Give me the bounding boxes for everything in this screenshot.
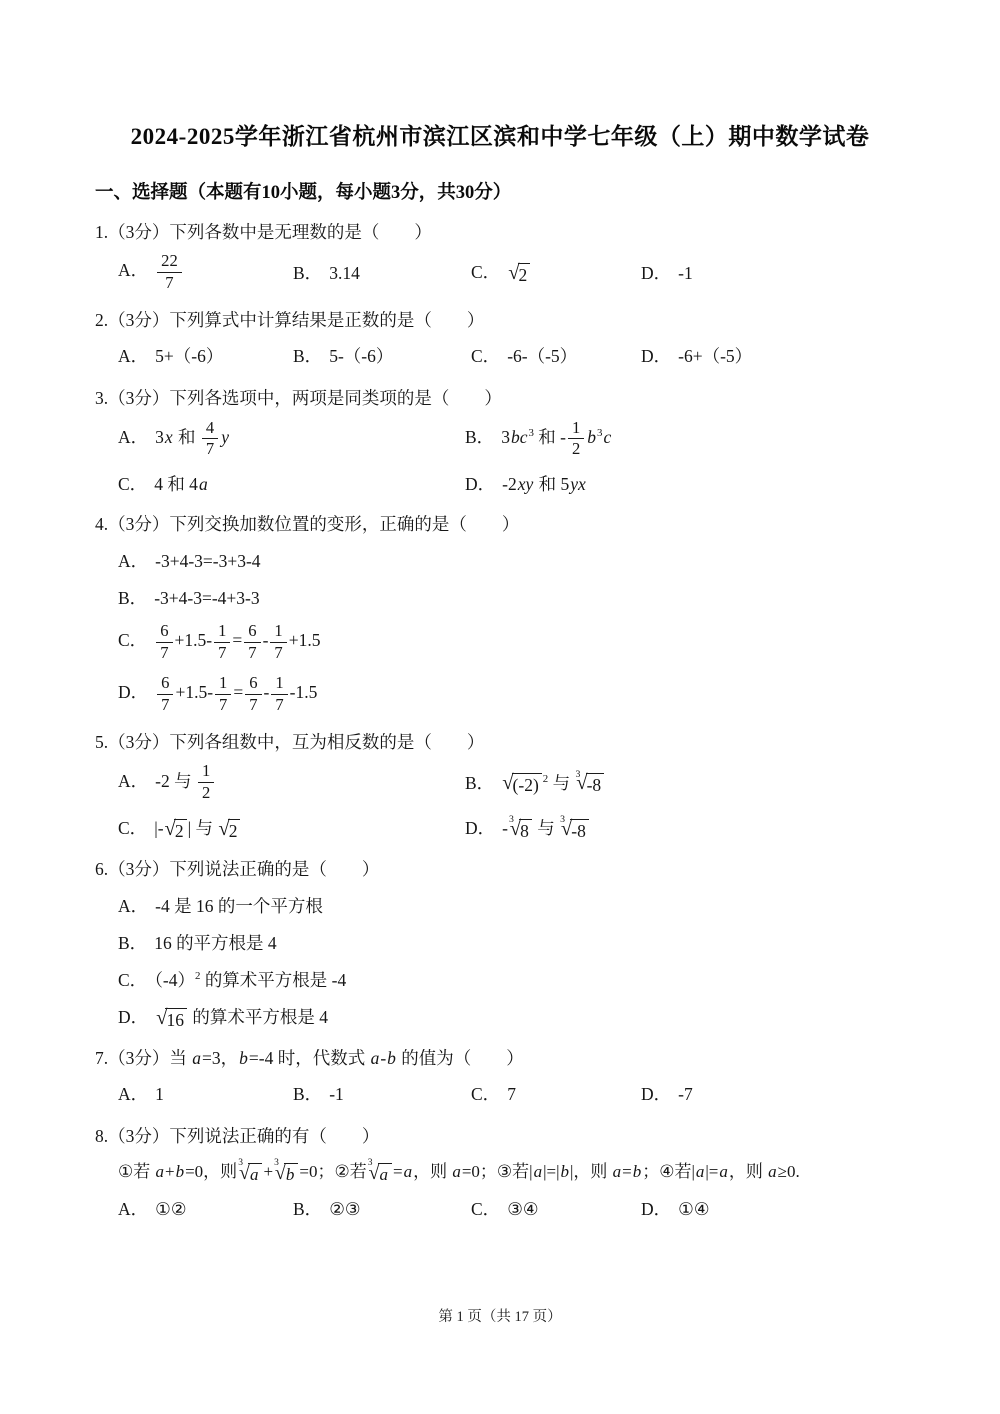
option-b: B．-1 [293, 1081, 471, 1106]
question-4: 4.（3分）下列交换加数位置的变形，正确的是（ ） A．-3+4-3=-3+3-… [95, 512, 905, 715]
option-label: B． [293, 1199, 322, 1219]
option-d: D．-3√8 与 3√-8 [465, 815, 905, 841]
square-root: √16 [156, 1008, 187, 1030]
option-content: -3+4-3=-3+3-4 [155, 551, 260, 571]
option-content: -7 [678, 1084, 693, 1104]
option-a: A．3x 和 47y [118, 419, 465, 459]
option-content: √2 [507, 262, 531, 282]
option-content: -3+4-3=-4+3-3 [154, 588, 259, 608]
option-content: 3bc3 和 -12b3c [501, 427, 612, 447]
option-d: D．-2xy 和 5yx [465, 471, 905, 496]
option-label: D． [641, 1199, 671, 1219]
option-label: D． [465, 818, 495, 838]
options-row: A．227B．3.14C．√2D．-1 [95, 252, 905, 292]
question-3: 3.（3分）下列各选项中，两项是同类项的是（ ） A．3x 和 47yB．3bc… [95, 386, 905, 495]
page-title: 2024-2025学年浙江省杭州市滨江区滨和中学七年级（上）期中数学试卷 [95, 122, 905, 152]
option-content: 3.14 [329, 263, 360, 283]
question-stem: 7.（3分）当 a=3，b=-4 时，代数式 a-b 的值为（ ） [95, 1046, 905, 1070]
option-label: D． [641, 263, 671, 283]
option-label: B． [465, 427, 494, 447]
option-label: C． [471, 1084, 500, 1104]
option-label: A． [118, 1084, 148, 1104]
option-b: B．-3+4-3=-4+3-3 [95, 585, 905, 610]
square-root: √2 [508, 263, 530, 285]
option-content: √(-2)2 与 3√-8 [501, 773, 605, 793]
option-content: 4 和 4a [154, 474, 209, 494]
option-content: ③④ [507, 1199, 538, 1219]
cube-root: 3√a [368, 1163, 392, 1185]
option-c: C．-6-（-5） [471, 343, 641, 368]
option-label: D． [641, 1084, 671, 1104]
option-b: B．5-（-6） [293, 343, 471, 368]
option-label: C． [471, 1199, 500, 1219]
option-b: B．②③ [293, 1196, 471, 1221]
option-label: C． [471, 262, 500, 282]
option-label: A． [118, 427, 148, 447]
option-d: D．67+1.5-17=67-17-1.5 [95, 674, 905, 714]
cube-root: 3√b [274, 1163, 298, 1185]
option-label: B． [118, 588, 147, 608]
option-content: -1 [678, 263, 693, 283]
cube-root: 3√-8 [560, 819, 589, 841]
question-6: 6.（3分）下列说法正确的是（ ） A．-4 是 16 的一个平方根B．16 的… [95, 857, 905, 1030]
option-content: -1 [329, 1084, 344, 1104]
option-label: A． [118, 260, 148, 280]
options-row: A．5+（-6）B．5-（-6）C．-6-（-5）D．-6+（-5） [95, 340, 905, 370]
option-content: -2xy 和 5yx [502, 474, 587, 494]
question-statement: ①若 a+b=0，则3√a+3√b=0；②若3√a=a，则 a=0；③若|a|=… [95, 1158, 905, 1185]
question-2: 2.（3分）下列算式中计算结果是正数的是（ ） A．5+（-6）B．5-（-6）… [95, 308, 905, 370]
option-label: C． [118, 630, 147, 650]
option-label: D． [118, 1007, 148, 1027]
question-stem: 3.（3分）下列各选项中，两项是同类项的是（ ） [95, 386, 905, 410]
question-stem: 5.（3分）下列各组数中，互为相反数的是（ ） [95, 730, 905, 754]
option-label: C． [118, 474, 147, 494]
option-b: B．16 的平方根是 4 [95, 930, 905, 955]
question-1: 1.（3分）下列各数中是无理数的是（ ） A．227B．3.14C．√2D．-1 [95, 220, 905, 292]
option-content: 67+1.5-17=67-17-1.5 [155, 682, 317, 702]
cube-root: 3√a [238, 1163, 262, 1185]
option-label: D． [118, 682, 148, 702]
options-list: A．-4 是 16 的一个平方根B．16 的平方根是 4C．（-4）2 的算术平… [95, 893, 905, 1030]
option-a: A．①② [118, 1196, 293, 1221]
option-content: -2 与 12 [155, 771, 216, 791]
option-content: （-4）2 的算术平方根是 -4 [154, 970, 346, 990]
option-content: 5+（-6） [155, 346, 223, 366]
options-grid: A．3x 和 47yB．3bc3 和 -12b3cC．4 和 4aD．-2xy … [95, 419, 905, 496]
option-d: D．-6+（-5） [641, 343, 905, 368]
option-b: B．3bc3 和 -12b3c [465, 419, 905, 459]
option-content: -3√8 与 3√-8 [502, 818, 590, 838]
option-c: C．7 [471, 1081, 641, 1106]
option-c: C．③④ [471, 1196, 641, 1221]
option-label: B． [293, 1084, 322, 1104]
option-label: A． [118, 551, 148, 571]
option-content: 1 [155, 1084, 164, 1104]
option-content: |-√2| 与 √2 [154, 818, 241, 838]
option-label: B． [465, 773, 494, 793]
option-d: D．①④ [641, 1196, 905, 1221]
option-content: ①④ [678, 1199, 709, 1219]
option-a: A．-4 是 16 的一个平方根 [95, 893, 905, 918]
option-d: D．-7 [641, 1081, 905, 1106]
exam-page: 2024-2025学年浙江省杭州市滨江区滨和中学七年级（上）期中数学试卷 一、选… [0, 0, 1000, 1223]
options-row: A．①②B．②③C．③④D．①④ [95, 1193, 905, 1223]
option-a: A．1 [118, 1081, 293, 1106]
option-content: -4 是 16 的一个平方根 [155, 896, 323, 916]
option-d: D．√16 的算术平方根是 4 [95, 1004, 905, 1030]
option-b: B．3.14 [293, 260, 471, 285]
cube-root: 3√-8 [575, 773, 604, 795]
question-stem: 6.（3分）下列说法正确的是（ ） [95, 857, 905, 881]
option-c: C．|-√2| 与 √2 [118, 815, 465, 841]
option-label: B． [293, 346, 322, 366]
option-content: 3x 和 47y [155, 427, 230, 447]
option-d: D．-1 [641, 260, 905, 285]
square-root: √(-2) [502, 773, 542, 795]
option-b: B．√(-2)2 与 3√-8 [465, 770, 905, 796]
option-content: 5-（-6） [329, 346, 393, 366]
option-content: 67+1.5-17=67-17+1.5 [154, 630, 320, 650]
option-c: C．√2 [471, 259, 641, 285]
option-a: A．-2 与 12 [118, 762, 465, 802]
option-label: A． [118, 346, 148, 366]
square-root: √2 [165, 819, 187, 841]
option-c: C．4 和 4a [118, 471, 465, 496]
option-label: D． [641, 346, 671, 366]
option-content: 7 [507, 1084, 516, 1104]
option-c: C．（-4）2 的算术平方根是 -4 [95, 967, 905, 992]
option-content: -6-（-5） [507, 346, 577, 366]
page-footer: 第 1 页（共 17 页） [0, 1305, 1000, 1326]
question-8: 8.（3分）下列说法正确的有（ ） ①若 a+b=0，则3√a+3√b=0；②若… [95, 1124, 905, 1223]
question-stem: 1.（3分）下列各数中是无理数的是（ ） [95, 220, 905, 244]
option-label: B． [293, 263, 322, 283]
option-a: A．227 [118, 252, 293, 292]
option-label: D． [465, 474, 495, 494]
option-a: A．5+（-6） [118, 343, 293, 368]
option-label: B． [118, 933, 147, 953]
question-5: 5.（3分）下列各组数中，互为相反数的是（ ） A．-2 与 12B．√(-2)… [95, 730, 905, 840]
option-a: A．-3+4-3=-3+3-4 [95, 548, 905, 573]
options-row: A．1B．-1C．7D．-7 [95, 1078, 905, 1108]
option-label: A． [118, 896, 148, 916]
option-label: C． [118, 970, 147, 990]
option-content: 227 [155, 260, 184, 280]
option-content: ②③ [329, 1199, 360, 1219]
option-label: A． [118, 1199, 148, 1219]
option-label: C． [471, 346, 500, 366]
option-content: ①② [155, 1199, 186, 1219]
square-root: √2 [218, 819, 240, 841]
option-content: √16 的算术平方根是 4 [155, 1007, 328, 1027]
option-label: C． [118, 818, 147, 838]
cube-root: 3√8 [509, 819, 532, 841]
question-stem: 2.（3分）下列算式中计算结果是正数的是（ ） [95, 308, 905, 332]
option-content: 16 的平方根是 4 [154, 933, 277, 953]
question-stem: 8.（3分）下列说法正确的有（ ） [95, 1124, 905, 1148]
option-c: C．67+1.5-17=67-17+1.5 [95, 622, 905, 662]
question-stem: 4.（3分）下列交换加数位置的变形，正确的是（ ） [95, 512, 905, 536]
question-7: 7.（3分）当 a=3，b=-4 时，代数式 a-b 的值为（ ） A．1B．-… [95, 1046, 905, 1108]
option-label: A． [118, 771, 148, 791]
options-list: A．-3+4-3=-3+3-4B．-3+4-3=-4+3-3C．67+1.5-1… [95, 548, 905, 714]
options-grid: A．-2 与 12B．√(-2)2 与 3√-8C．|-√2| 与 √2D．-3… [95, 762, 905, 840]
option-content: -6+（-5） [678, 346, 752, 366]
section-header: 一、选择题（本题有10小题，每小题3分，共30分） [95, 178, 905, 204]
